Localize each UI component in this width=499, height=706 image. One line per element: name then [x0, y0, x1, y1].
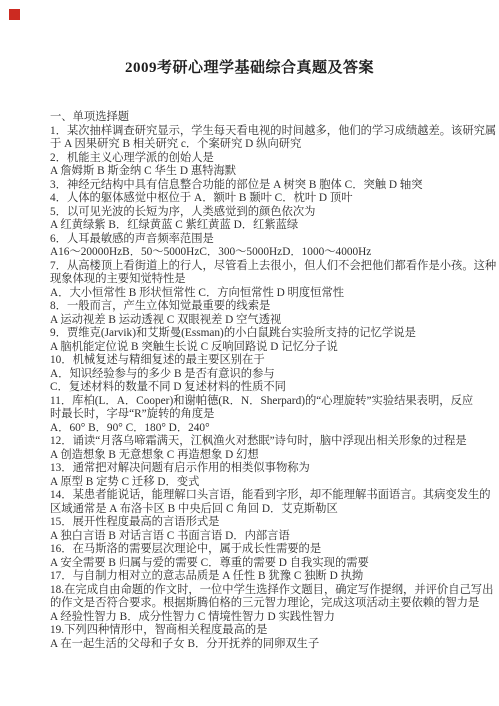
document-body: 一、单项选择题 1．某次抽样调查研究显示，学生每天看电视的时间越多，他们的学习成…: [50, 111, 470, 651]
document-line: A 创造想象 B 无意想象 C 再造想象 D 幻想: [50, 449, 470, 463]
document-line: 8．一般而言，产生立体知觉最重要的线索是: [50, 300, 470, 314]
document-line: 19.下列四种情形中，智商相关程度最高的是: [50, 624, 470, 638]
document-line: 2．机能主义心理学派的创始人是: [50, 152, 470, 166]
document-line: 10．机械复述与精细复述的最主要区别在于: [50, 354, 470, 368]
document-line: A．大小恒常性 B 形状恒常性 C．方向恒常性 D 明度恒常性: [50, 287, 470, 301]
document-line: A 独白言语 B 对话言语 C 书面言语 D．内部言语: [50, 530, 470, 544]
document-line: 3．神经元结构中具有信息整合功能的部位是 A 树突 B 胞体 C．突触 D 轴突: [50, 179, 470, 193]
section-heading: 一、单项选择题: [50, 111, 470, 125]
document-page: 2009考研心理学基础综合真题及答案 一、单项选择题 1．某次抽样调查研究显示，…: [0, 0, 499, 706]
document-line: 16．在马斯洛的需要层次理论中，属于成长性需要的是: [50, 543, 470, 557]
document-line: A16～20000HzB．50～5000HzC．300～5000HzD．1000…: [50, 246, 470, 260]
document-line: 14．某患者能说话，能理解口头言语，能看到字形，却不能理解书面语言。其病变发生的: [50, 489, 470, 503]
document-line: A 在一起生活的父母和子女 B．分开抚养的同卵双生子: [50, 638, 470, 652]
document-line: 现象体现的主要知觉特性是: [50, 273, 470, 287]
document-line: 12．诵读“月落乌啼霜满天，江枫渔火对愁眠”诗句时，脑中浮现出相关形象的过程是: [50, 435, 470, 449]
document-line: A 脑机能定位说 B 突触生长说 C 反响回路说 D 记忆分子说: [50, 341, 470, 355]
document-line: A 詹姆斯 B 斯金纳 C 华生 D 惠特海默: [50, 165, 470, 179]
document-line: A．知识经验参与的多少 B 是否有意识的参与: [50, 368, 470, 382]
document-line: 于 A 因果研究 B 相关研究 c．个案研究 D 纵向研究: [50, 138, 470, 152]
red-corner-marker: [9, 9, 20, 20]
document-title: 2009考研心理学基础综合真题及答案: [0, 56, 499, 77]
document-line: A 原型 B 定势 C 迁移 D．变式: [50, 476, 470, 490]
document-line: 18.在完成自由命题的作文时，一位中学生选择作文题目，确定写作提纲，并评价自己写…: [50, 584, 470, 598]
document-line: A．60° B．90° C．180° D．240°: [50, 422, 470, 436]
document-line: 4．人体的躯体感觉中枢位于 A．额叶 B 颞叶 C．枕叶 D 顶叶: [50, 192, 470, 206]
document-line: 17．与自制力相对立的意志品质是 A 任性 B 犹豫 C 独断 D 执拗: [50, 570, 470, 584]
document-line: A 经验性智力 B．成分性智力 C 情境性智力 D 实践性智力: [50, 611, 470, 625]
document-line: A 红黄绿紫 B．红绿黄蓝 C 紫红黄蓝 D．红紫蓝绿: [50, 219, 470, 233]
document-line: C．复述材料的数量不同 D 复述材料的性质不同: [50, 381, 470, 395]
document-line: 6．人耳最敏感的声音频率范围是: [50, 233, 470, 247]
document-line: 9．贾维克(Jarvik)和艾斯曼(Essman)的小白鼠跳台实验所支持的记忆学…: [50, 327, 470, 341]
document-line: 11．库柏(L．A．Cooper)和谢帕德(R．N．Sherpard)的“心理旋…: [50, 395, 470, 409]
question-list: 1．某次抽样调查研究显示，学生每天看电视的时间越多，他们的学习成绩越差。该研究属…: [50, 125, 470, 652]
document-line: 区域通常是 A 布洛卡区 B 中央后回 C 角回 D．艾克斯勒区: [50, 503, 470, 517]
document-line: A 安全需要 B 归属与爱的需要 C．尊重的需要 D 自我实现的需要: [50, 557, 470, 571]
document-line: 时最长时，字母“R”旋转的角度是: [50, 408, 470, 422]
document-line: 的作文是否符合要求。根据斯腾伯格的三元智力理论，完成这项活动主要依赖的智力是: [50, 597, 470, 611]
document-line: A 运动视差 B 运动透视 C 双眼视差 D 空气透视: [50, 314, 470, 328]
document-line: 13．通常把对解决问题有启示作用的相类似事物称为: [50, 462, 470, 476]
document-line: 5．以可见光波的长短为序，人类感觉到的颜色依次为: [50, 206, 470, 220]
document-line: 1．某次抽样调查研究显示，学生每天看电视的时间越多，他们的学习成绩越差。该研究属: [50, 125, 470, 139]
document-line: 7．从高楼顶上看街道上的行人，尽管看上去很小，但人们不会把他们都看作是小孩。这种: [50, 260, 470, 274]
document-line: 15．展开性程度最高的言语形式是: [50, 516, 470, 530]
